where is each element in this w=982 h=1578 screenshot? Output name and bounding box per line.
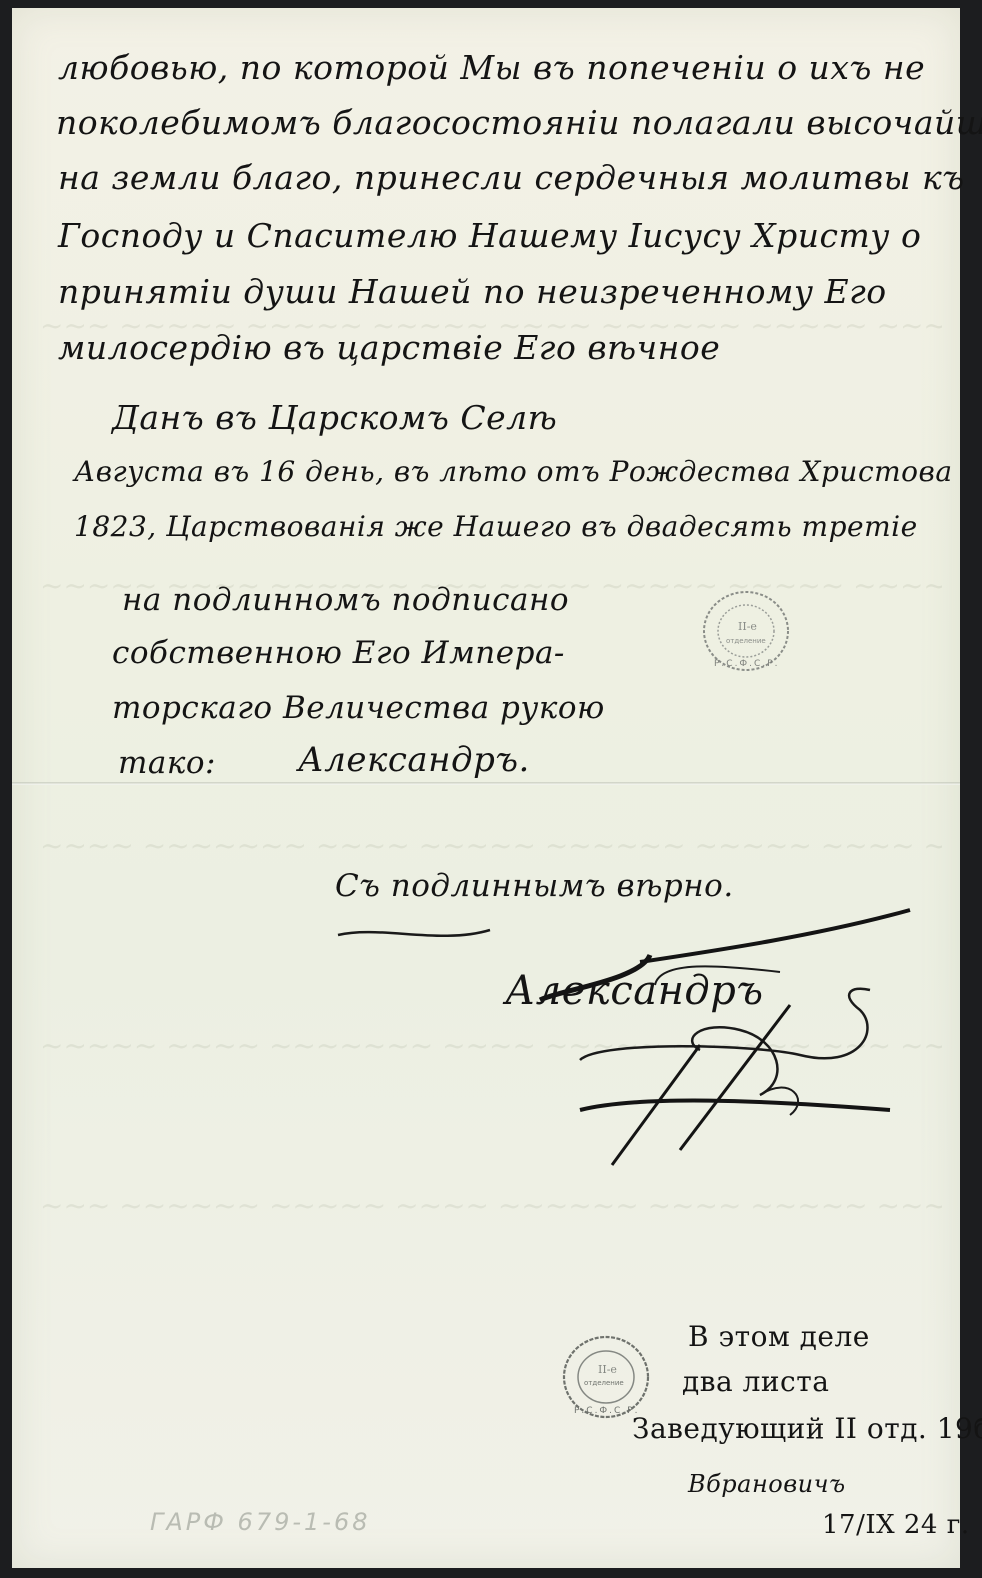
certification-signature: Александръ — [505, 968, 764, 1014]
attestation-line: на подлинномъ подписано — [122, 582, 569, 618]
body-line: Господу и Спасителю Нашему Іисусу Христу… — [58, 216, 921, 255]
svg-text:II-е: II-е — [598, 1363, 617, 1376]
svg-text:Р.С.Ф.С.Р.: Р.С.Ф.С.Р. — [574, 1406, 639, 1416]
archive-stamp: II-е отделение Р.С.Ф.С.Р. — [700, 588, 792, 674]
attestation-line: торскаго Величества рукою — [112, 690, 605, 726]
archive-note-line: Заведующий II отд. 19б. — [632, 1412, 982, 1445]
dating-line: Августа въ 16 день, въ лѣто отъ Рождеств… — [74, 455, 953, 488]
body-line: принятіи души Нашей по неизреченному Его — [58, 272, 887, 311]
attestation-line: собственною Его Импера- — [112, 635, 565, 671]
archive-note-line: Вбрановичъ — [688, 1470, 846, 1498]
body-line: милосердію въ царствіе Его вѣчное — [58, 328, 720, 367]
paper-fold-line — [12, 782, 960, 785]
attestation-line: тако: — [118, 745, 216, 781]
archive-note-date: 17/IX 24 г. — [822, 1510, 970, 1540]
svg-text:отделение: отделение — [726, 637, 766, 645]
svg-text:II-е: II-е — [738, 620, 757, 633]
certification-text: Съ подлиннымъ вѣрно. — [335, 868, 734, 904]
dating-line: Данъ въ Царскомъ Селѣ — [112, 398, 557, 437]
attestation-signature-name: Александръ. — [298, 740, 530, 780]
dating-line: 1823, Царствованія же Нашего въ двадесят… — [74, 510, 918, 543]
body-line: на земли благо, принесли сердечныя молит… — [58, 158, 965, 197]
archive-note-line: В этом деле — [688, 1320, 870, 1353]
svg-text:Р.С.Ф.С.Р.: Р.С.Ф.С.Р. — [714, 659, 779, 669]
archive-stamp: II-е отделение Р.С.Ф.С.Р. — [560, 1333, 652, 1421]
body-line: любовью, по которой Мы въ попеченіи о их… — [58, 48, 925, 87]
body-line: поколебимомъ благосостояніи полагали выс… — [56, 103, 982, 142]
svg-text:отделение: отделение — [584, 1379, 624, 1387]
archive-note-line: два листа — [682, 1365, 829, 1398]
stamp-icon: II-е отделение Р.С.Ф.С.Р. — [700, 588, 792, 674]
stamp-icon: II-е отделение Р.С.Ф.С.Р. — [560, 1333, 652, 1421]
pencil-shelfmark: ГАРФ 679-1-68 — [150, 1508, 371, 1536]
